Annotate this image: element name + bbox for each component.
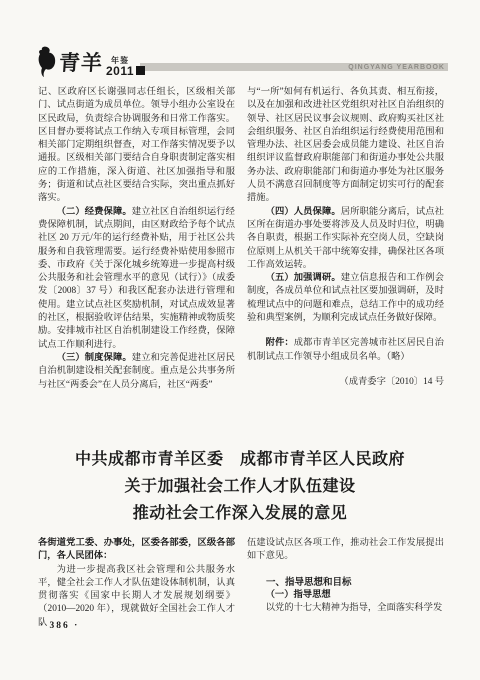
upper-right-column: 与“一所”如何有机运行、各负其责、相互衔接，以及在加强和改进社区党组织对社区自治… [247, 86, 444, 438]
header-rule-bar: QINGYANG YEARBOOK [140, 63, 448, 71]
paragraph-lead: 各街道党工委、办事处，区委各部委，区级各部门，各人民团体： [38, 538, 235, 561]
page-header: QINGYANG YEARBOOK 青羊 年鉴 2011 [36, 46, 448, 82]
page-number: · 386 · [40, 621, 79, 631]
paragraph-lead: 附件： [266, 338, 294, 348]
paragraph-text: 记、区政府区长谢强同志任组长，区级相关部门、试点街道为成员单位。领导小组办公室设… [38, 87, 235, 203]
yearbook-page: QINGYANG YEARBOOK 青羊 年鉴 2011 记、区政府区长谢强同志… [0, 0, 480, 680]
section-heading: 一、指导思想和目标 [247, 576, 444, 589]
paragraph-text: 伍建设试点区各项工作，推动社会工作发展提出如下意见。 [247, 538, 444, 561]
paragraph: （四）人员保障。居所职能分离后，试点社区所在街道办事处要将涉及人员及时归位，明确… [247, 206, 444, 272]
lower-text-columns: 各街道党工委、办事处，区委各部委，区级各部门，各人民团体： 为进一步提高我区社会… [38, 537, 444, 633]
paragraph-lead: （五）加强调研。 [266, 273, 341, 283]
paragraph: 与“一所”如何有机运行、各负其责、相互衔接，以及在加强和改进社区党组织对社区自治… [247, 86, 444, 206]
section-heading-text: 一、指导思想和目标 [266, 577, 352, 588]
paragraph: 记、区政府区长谢强同志任组长，区级相关部门、试点街道为成员单位。领导小组办公室设… [38, 86, 235, 206]
subsection-heading-text: （一）指导思想 [266, 590, 331, 600]
attachment-note: 附件：成都市青羊区完善城市社区居民自治机制试点工作领导小组成员名单。（略） [247, 337, 444, 364]
logo-stack: 年鉴 2011 [106, 57, 134, 77]
paragraph: 伍建设试点区各项工作，推动社会工作发展提出如下意见。 [247, 537, 444, 564]
lower-left-column: 各街道党工委、办事处，区委各部委，区级各部门，各人民团体： 为进一步提高我区社会… [38, 537, 235, 633]
paragraph-lead: （三）制度保障。 [57, 353, 132, 363]
paragraph-text: 以党的十七大精神为指导，全面落实科学发 [266, 603, 443, 613]
header-bar-text: QINGYANG YEARBOOK [348, 64, 445, 71]
document-title-line1: 中共成都市青羊区委 成都市青羊区人民政府 [0, 446, 480, 473]
paragraph-lead: （二）经费保障。 [57, 207, 132, 217]
upper-text-columns: 记、区政府区长谢强同志任组长，区级相关部门、试点街道为成员单位。领导小组办公室设… [38, 86, 444, 438]
paragraph: （二）经费保障。建立社区自治组织运行经费保障机制，试点期间，由区财政给予每个试点… [38, 206, 235, 352]
paragraph: （三）制度保障。建立和完善促进社区居民自治机制建设相关配套制度。重点是公共事务所… [38, 352, 235, 392]
paragraph-text: （成青委字〔2010〕14 号 [339, 377, 444, 387]
paragraph-text: 为进一步提高我区社会管理和公共服务水平，健全社会工作人才队伍建设体制机制，认真贯… [38, 565, 235, 628]
logo-square [136, 66, 145, 75]
paragraph-text: 与“一所”如何有机运行、各负其责、相互衔接，以及在加强和改进社区党组织对社区自治… [247, 87, 444, 203]
paragraph: 以党的十七大精神为指导，全面落实科学发 [247, 602, 444, 615]
logo-name: 青羊 [58, 48, 104, 78]
logo-year: 2011 [106, 65, 134, 77]
salutation: 各街道党工委、办事处，区委各部委，区级各部门，各人民团体： [38, 537, 235, 564]
document-number: （成青委字〔2010〕14 号 [247, 376, 444, 389]
yearbook-logo: 青羊 年鉴 2011 [36, 46, 145, 78]
goat-logo-icon [36, 46, 58, 78]
paragraph: （五）加强调研。建立信息报告和工作例会制度，各成员单位和试点社区要加强调研，及时… [247, 272, 444, 325]
subsection-heading: （一）指导思想 [247, 589, 444, 602]
document-title: 中共成都市青羊区委 成都市青羊区人民政府 关于加强社会工作人才队伍建设 推动社会… [0, 446, 480, 527]
upper-left-column: 记、区政府区长谢强同志任组长，区级相关部门、试点街道为成员单位。领导小组办公室设… [38, 86, 235, 438]
document-title-line3: 推动社会工作深入发展的意见 [0, 500, 480, 527]
lower-right-column: 伍建设试点区各项工作，推动社会工作发展提出如下意见。 一、指导思想和目标 （一）… [247, 537, 444, 633]
document-title-line2: 关于加强社会工作人才队伍建设 [0, 473, 480, 500]
paragraph-lead: （四）人员保障。 [266, 207, 341, 217]
paragraph-text: 建立社区自治组织运行经费保障机制，试点期间，由区财政给予每个试点社区 20 万元… [38, 207, 235, 350]
